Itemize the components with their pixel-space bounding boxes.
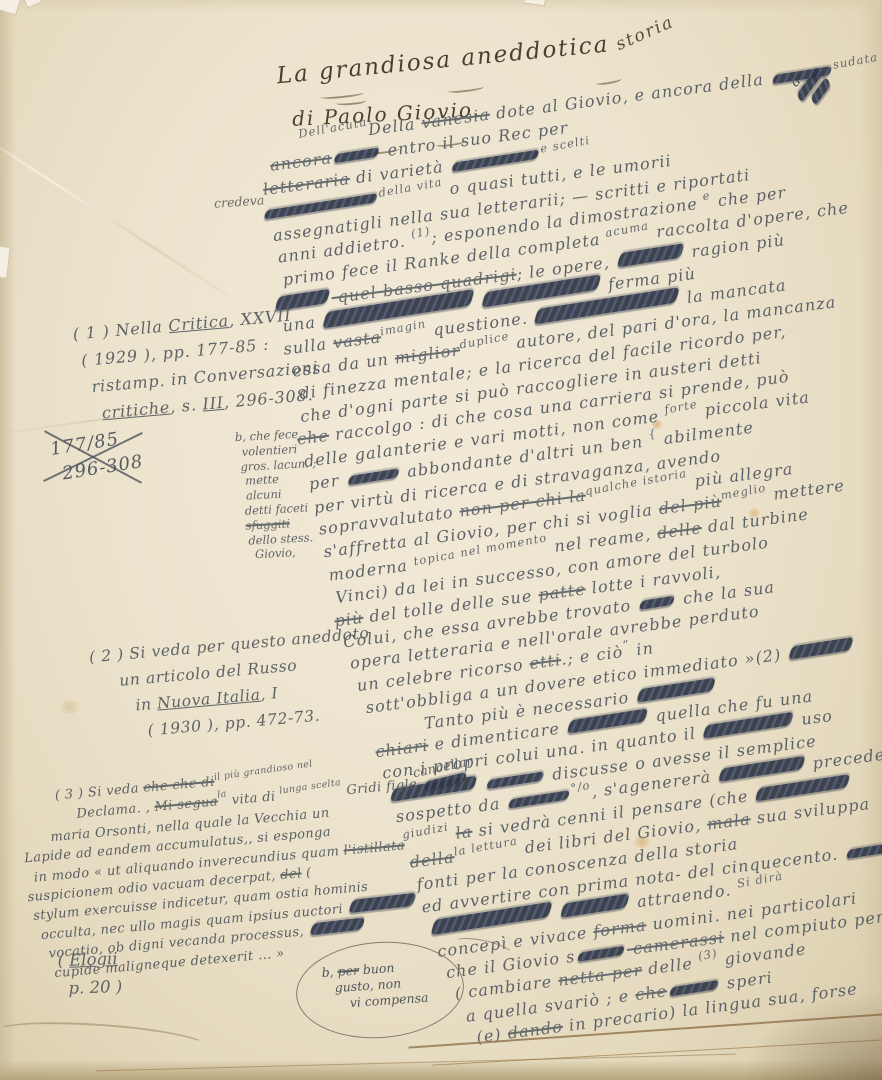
struck-text: che che di xyxy=(143,775,215,796)
struck-text: Mi segua xyxy=(154,795,219,815)
handwritten-text xyxy=(552,903,561,923)
manuscript-scan: { "document_kind": "handwritten manuscri… xyxy=(0,0,882,1080)
ink-blot-deletion xyxy=(334,148,381,164)
ink-blot-deletion xyxy=(486,771,545,789)
ink-blot-deletion xyxy=(669,980,720,997)
inserted-text: forte xyxy=(662,393,699,421)
handwritten-text xyxy=(477,774,486,794)
inserted-text: (3) xyxy=(696,943,719,969)
handwritten-text: Giovio, xyxy=(255,546,296,562)
struck-text: del xyxy=(280,866,303,883)
handwritten-text: , I xyxy=(260,684,279,703)
struck-text: per xyxy=(337,962,359,978)
handwritten-text: Elogii xyxy=(69,949,118,970)
page-corner-shadow xyxy=(742,990,882,1080)
footnote-3-source: ( Elogiip. 20 ) xyxy=(57,945,123,1003)
struck-text: vasta xyxy=(332,327,382,352)
handwriting-line: ( Elogii xyxy=(57,945,122,975)
paper-top-edge xyxy=(0,0,882,12)
ink-blot-deletion xyxy=(577,946,626,963)
handwritten-text: p. 20 ) xyxy=(68,977,122,998)
ink-blot-deletion xyxy=(771,66,832,84)
ink-blot-deletion xyxy=(347,468,400,485)
handwritten-text: Critica xyxy=(168,311,230,335)
handwriting-line: p. 20 ) xyxy=(68,973,123,1003)
ink-blot-deletion xyxy=(846,842,882,859)
handwritten-text: ( xyxy=(57,951,69,970)
handwritten-text: , XXVII xyxy=(228,306,292,330)
handwritten-text: in xyxy=(135,695,158,715)
paper-left-edge xyxy=(0,0,16,1080)
insert-note-b: b, che fecevolentierigros. lacun. ;mette… xyxy=(235,426,322,563)
handwritten-text: ( xyxy=(301,866,312,882)
struck-text: etti xyxy=(528,650,562,673)
struck-text: delle xyxy=(656,518,703,543)
handwritten-text xyxy=(474,292,483,312)
inserted-text: (1) xyxy=(409,220,432,246)
handwritten-text: Della xyxy=(367,113,423,139)
handwritten-text: , 296-308. xyxy=(223,385,314,412)
footnote-1: ( 1 ) Nella Critica, XXVII( 1929 ), pp. … xyxy=(72,300,322,429)
handwritten-text: in xyxy=(629,638,655,660)
handwritten-text: vita di xyxy=(227,789,281,809)
handwritten-text: III xyxy=(202,393,225,414)
struck-text: che xyxy=(634,981,668,1004)
ink-blot-deletion xyxy=(508,790,571,809)
ink-blot-deletion xyxy=(639,595,676,610)
handwritten-text: buon xyxy=(358,960,395,977)
struck-text: sfuggiti xyxy=(245,516,290,532)
handwritten-text: mette xyxy=(245,472,279,488)
struck-text: mala xyxy=(706,809,752,833)
handwritten-text: alcuni xyxy=(246,487,282,503)
handwritten-text: b, xyxy=(321,964,338,980)
handwritten-text: uso xyxy=(794,706,834,730)
handwritten-text: , s. xyxy=(169,395,203,417)
handwritten-text: critiche xyxy=(101,398,171,423)
